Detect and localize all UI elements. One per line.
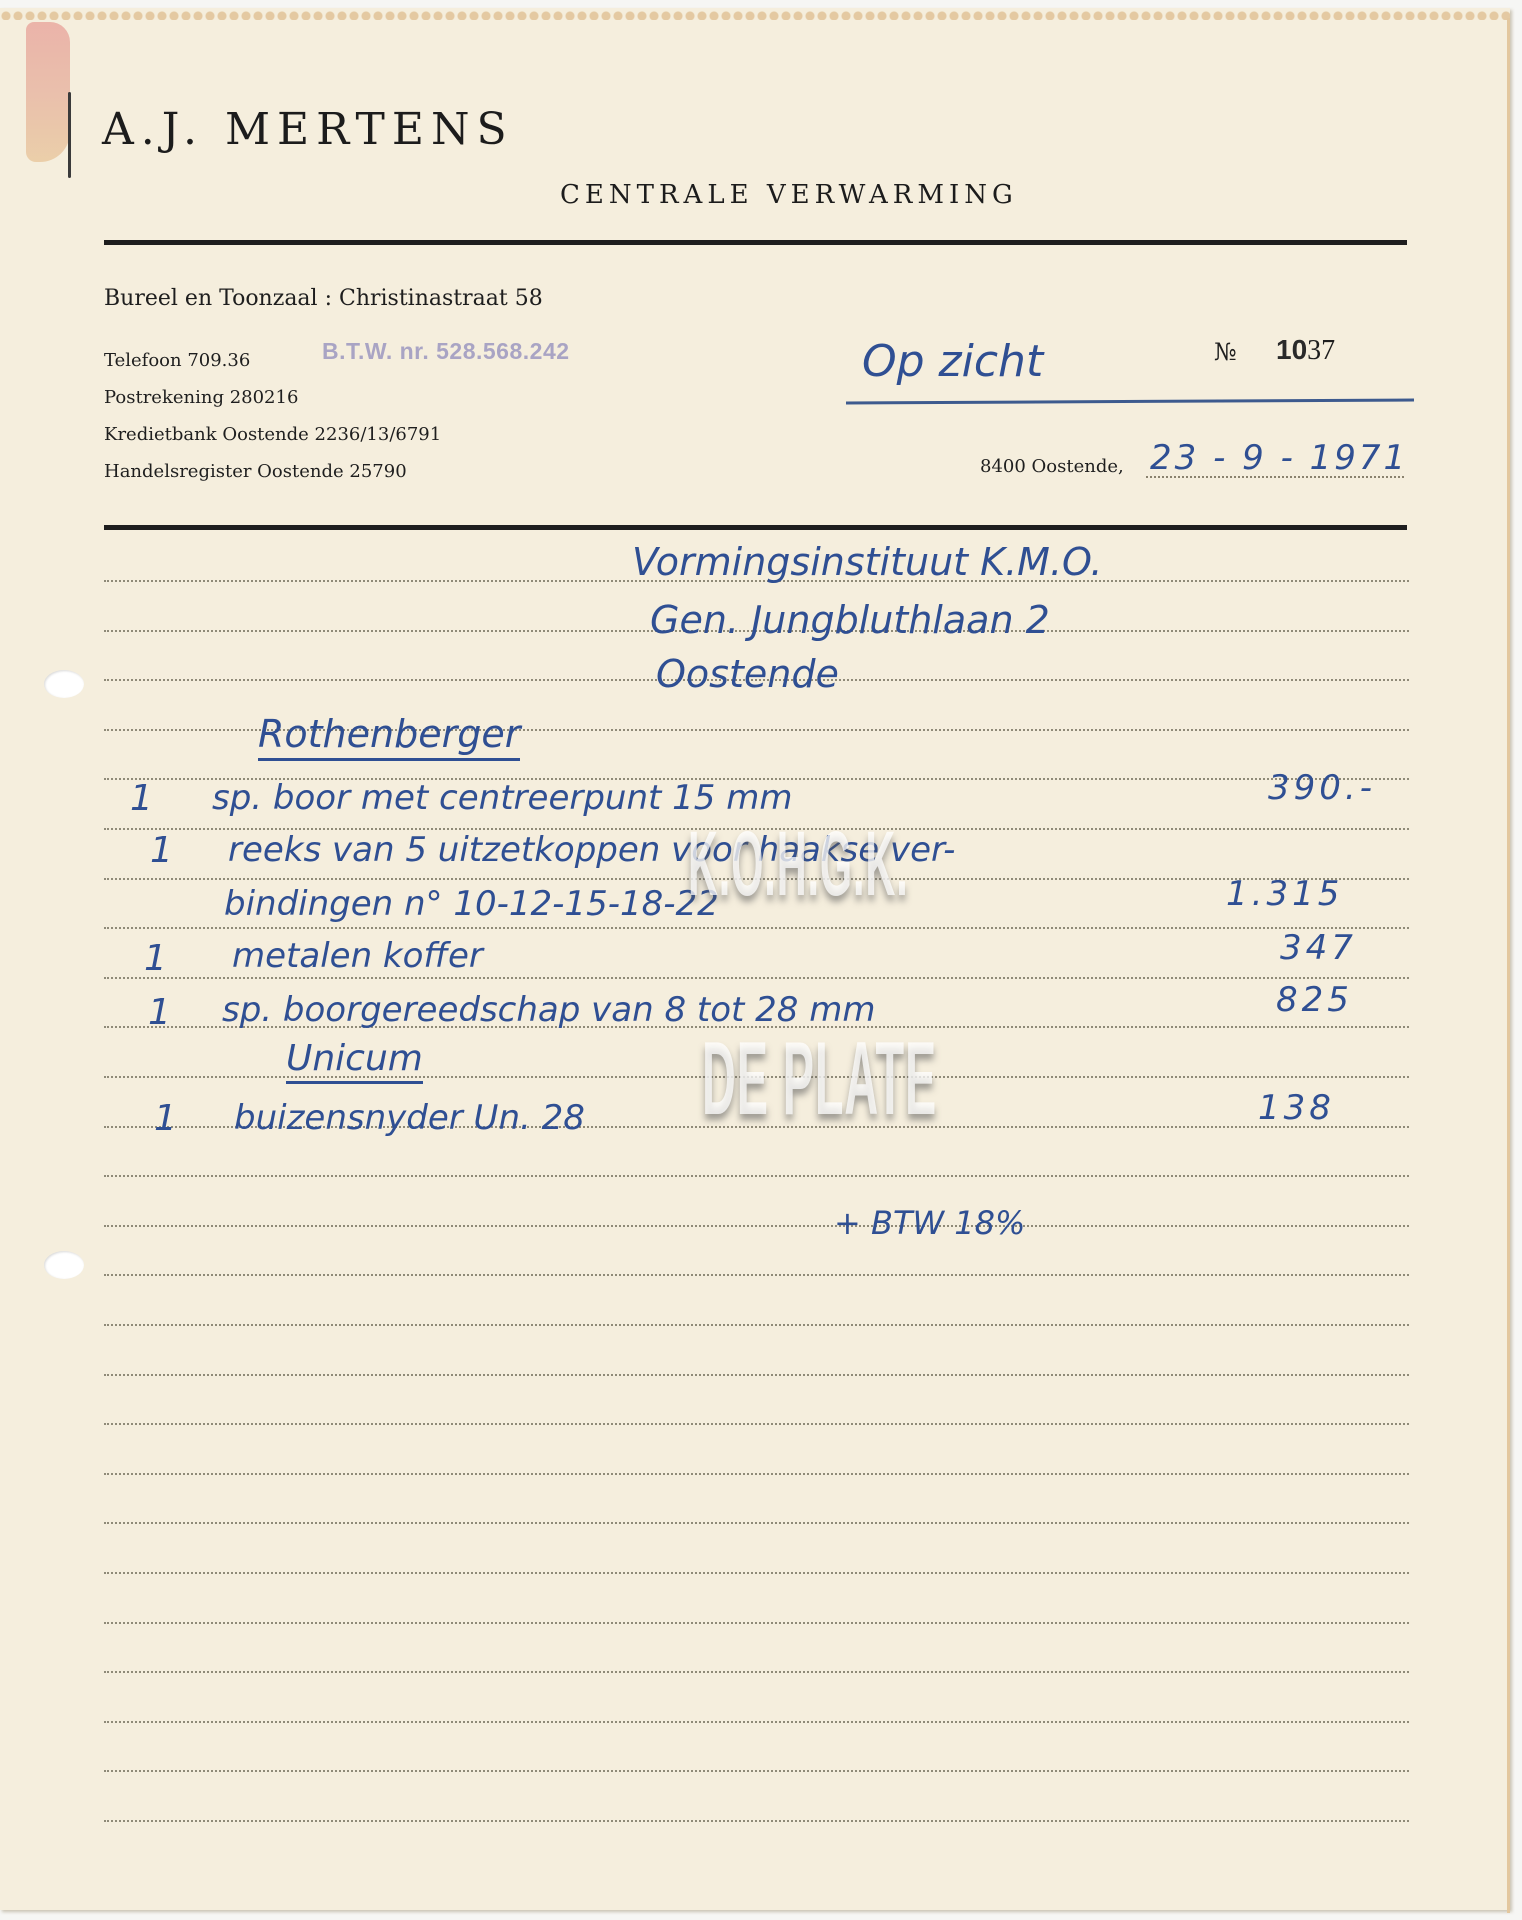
heading-underline (846, 399, 1414, 405)
item-5-price: 138 (1258, 1088, 1335, 1128)
vat-number-stamp: B.T.W. nr. 528.568.242 (322, 338, 570, 365)
ruled-line (104, 1721, 1409, 1723)
ruled-line (104, 1622, 1409, 1624)
phone-line: Telefoon 709.36 (104, 350, 250, 371)
ruled-line (104, 1820, 1409, 1822)
ruled-line (104, 927, 1409, 929)
item-1-price: 390.- (1268, 768, 1376, 808)
ruled-line (104, 1572, 1409, 1574)
date-dotted-line (1146, 476, 1404, 478)
ruled-line (104, 1324, 1409, 1326)
document-number-printed: 37 (1307, 335, 1335, 366)
item-2-qty: 1 (150, 830, 173, 871)
punch-hole-top (44, 670, 84, 698)
recipient-name: Vormingsinstituut K.M.O. (632, 540, 1102, 584)
perforated-edge (0, 8, 1510, 20)
company-name: A.J. MERTENS (102, 104, 514, 155)
item-3-price: 347 (1280, 928, 1357, 968)
vat-note: + BTW 18% (834, 1204, 1025, 1242)
office-address: Bureel en Toonzaal : Christinastraat 58 (104, 286, 543, 311)
ruled-line (104, 977, 1409, 979)
watermark-de-plate: DE PLATE (702, 1020, 937, 1139)
ruled-line (104, 1473, 1409, 1475)
recipient-city: Oostende (656, 652, 839, 696)
city-label: 8400 Oostende, (980, 456, 1124, 477)
brand-heading-rothenberger: Rothenberger (258, 712, 520, 761)
item-1-qty: 1 (130, 778, 153, 819)
number-symbol: № (1214, 338, 1237, 366)
recipient-street: Gen. Jungbluthlaan 2 (650, 598, 1050, 642)
trade-register-line: Handelsregister Oostende 25790 (104, 461, 407, 482)
item-5-description: buizensnyder Un. 28 (234, 1098, 585, 1138)
ruled-line (104, 1522, 1409, 1524)
handwritten-heading: Op zicht (862, 336, 1043, 387)
brand-heading-unicum: Unicum (286, 1038, 423, 1084)
handwritten-date: 23 - 9 - 1971 (1150, 438, 1408, 478)
tape-stain (26, 22, 70, 162)
item-2-price: 1.315 (1226, 874, 1343, 914)
paper-edge (1507, 18, 1510, 1913)
ruled-line (104, 1423, 1409, 1425)
item-3-qty: 1 (144, 938, 167, 979)
document-number-stamped: 10 (1276, 334, 1307, 365)
punch-hole-bottom (44, 1251, 84, 1279)
watermark-kohgk: K.O.H.G.K. (688, 812, 909, 917)
header-rule-bottom (104, 525, 1407, 530)
invoice-sheet: A.J. MERTENS CENTRALE VERWARMING Bureel … (0, 8, 1510, 1910)
ruled-line (104, 1374, 1409, 1376)
ruled-line (104, 1274, 1409, 1276)
ruled-line (104, 1175, 1409, 1177)
ruled-line (104, 1671, 1409, 1673)
item-4-price: 825 (1276, 980, 1353, 1020)
staple-mark (68, 92, 71, 178)
document-number: 1037 (1276, 334, 1335, 367)
item-3-description: metalen koffer (232, 936, 483, 976)
item-4-qty: 1 (148, 992, 171, 1033)
header-rule-top (104, 240, 1407, 245)
company-tagline: CENTRALE VERWARMING (560, 180, 1018, 210)
ruled-line (104, 1770, 1409, 1772)
bank-line: Kredietbank Oostende 2236/13/6791 (104, 424, 441, 445)
postal-account-line: Postrekening 280216 (104, 387, 298, 408)
item-5-qty: 1 (154, 1098, 177, 1139)
item-2-description-cont: bindingen n° 10-12-15-18-22 (224, 884, 719, 924)
ruled-line (104, 1225, 1409, 1227)
